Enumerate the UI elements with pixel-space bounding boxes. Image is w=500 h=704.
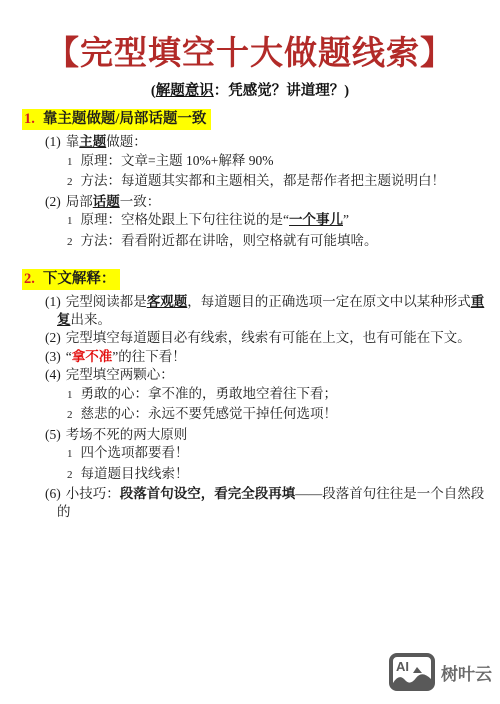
item-text: 完型填空两颗心： bbox=[66, 367, 174, 382]
list-item-1-1: (1)靠主题做题： bbox=[45, 133, 488, 151]
item-text: 小技巧： bbox=[66, 486, 120, 501]
list-item-2-3: (3)“拿不准”的往下看！ bbox=[45, 348, 488, 366]
item-emphasis: 客观题 bbox=[147, 294, 188, 309]
section-2-number: 2. bbox=[24, 271, 35, 287]
section-2-highlight: 2.下文解释： bbox=[22, 269, 120, 290]
section-1-heading: 1.靠主题做题/局部话题一致 bbox=[22, 109, 488, 130]
subitem-text: 慈悲的心：永远不要凭感觉干掉任何选项！ bbox=[81, 406, 338, 421]
item-text: 考场不死的两大原则 bbox=[66, 427, 188, 442]
item-label: (4) bbox=[45, 367, 61, 382]
section-spacer bbox=[22, 252, 488, 269]
item-bold-text: 段落首句设空，看完全段再填 bbox=[120, 486, 296, 501]
subitem-text: 方法：每道题其实都和主题相关，都是帮作者把主题说明白！ bbox=[81, 173, 446, 188]
subitem-number: 2 bbox=[67, 236, 73, 248]
section-1-heading-text: 靠主题做题/局部话题一致 bbox=[43, 111, 207, 127]
item-text: ”的往下看！ bbox=[112, 349, 186, 364]
list-item-2-2: (2)完型填空每道题目必有线索，线索有可能在上文，也有可能在下文。 bbox=[45, 329, 488, 347]
list-subitem-2-4-1: 1勇敢的心：拿不准的，勇敢地空着往下看； bbox=[67, 385, 488, 405]
item-text: 靠 bbox=[66, 134, 80, 149]
list-subitem-1-1-2: 2方法：每道题其实都和主题相关，都是帮作者把主题说明白！ bbox=[67, 172, 488, 192]
section-1: 1.靠主题做题/局部话题一致 (1)靠主题做题： 1原理：文章=主题 10%+解… bbox=[22, 109, 488, 251]
item-label: (2) bbox=[45, 194, 61, 209]
section-2-heading-text: 下文解释： bbox=[43, 271, 116, 287]
section-1-highlight: 1.靠主题做题/局部话题一致 bbox=[22, 109, 211, 130]
list-item-2-6: (6)小技巧：段落首句设空，看完全段再填——段落首句往往是一个自然段的 bbox=[45, 485, 488, 520]
subitem-text: 四个选项都要看！ bbox=[81, 445, 189, 460]
item-text: 做题： bbox=[106, 134, 147, 149]
watermark: AI 树叶云 bbox=[389, 653, 492, 691]
subtitle-underlined-term: 解题意识 bbox=[156, 83, 214, 99]
subitem-text: 方法：看看附近都在讲啥，则空格就有可能填啥。 bbox=[81, 233, 378, 248]
subitem-text: 勇敢的心：拿不准的，勇敢地空着往下看； bbox=[81, 386, 338, 401]
subitem-text: 每道题目找线索！ bbox=[81, 466, 189, 481]
section-1-number: 1. bbox=[24, 111, 35, 127]
list-subitem-1-2-1: 1原理：空格处跟上下句往往说的是“一个事儿” bbox=[67, 211, 488, 231]
item-text: 完型阅读都是 bbox=[66, 294, 147, 309]
subitem-number: 1 bbox=[67, 448, 73, 460]
subtitle: (解题意识：凭感觉？讲道理？) bbox=[0, 79, 500, 100]
list-subitem-1-2-2: 2方法：看看附近都在讲啥，则空格就有可能填啥。 bbox=[67, 232, 488, 252]
subitem-number: 2 bbox=[67, 409, 73, 421]
subitem-text: ” bbox=[343, 212, 349, 227]
item-label: (3) bbox=[45, 349, 61, 364]
item-label: (1) bbox=[45, 294, 61, 309]
subitem-number: 1 bbox=[67, 156, 73, 168]
ai-image-icon: AI bbox=[389, 653, 435, 691]
list-item-1-2: (2)局部话题一致： bbox=[45, 193, 488, 211]
item-text: 一致： bbox=[120, 194, 161, 209]
subitem-number: 1 bbox=[67, 389, 73, 401]
subitem-number: 1 bbox=[67, 215, 73, 227]
item-text: 出来。 bbox=[71, 312, 112, 327]
list-item-2-4: (4)完型填空两颗心： bbox=[45, 366, 488, 384]
list-item-2-1: (1)完型阅读都是客观题，每道题目的正确选项一定在原文中以某种形式重复出来。 bbox=[45, 293, 488, 328]
item-label: (5) bbox=[45, 427, 61, 442]
item-label: (6) bbox=[45, 486, 61, 501]
item-text: 局部 bbox=[66, 194, 93, 209]
subtitle-rest: ：凭感觉？讲道理？) bbox=[214, 83, 349, 99]
subitem-number: 2 bbox=[67, 469, 73, 481]
list-item-2-5: (5)考场不死的两大原则 bbox=[45, 426, 488, 444]
subitem-text: 原理：空格处跟上下句往往说的是“ bbox=[81, 212, 290, 227]
list-subitem-1-1-1: 1原理：文章=主题 10%+解释 90% bbox=[67, 152, 488, 172]
item-emphasis: 主题 bbox=[79, 134, 106, 149]
item-text: 完型填空每道题目必有线索，线索有可能在上文，也有可能在下文。 bbox=[66, 330, 471, 345]
item-text: ，每道题目的正确选项一定在原文中以某种形式 bbox=[187, 294, 471, 309]
item-emphasis: 话题 bbox=[93, 194, 120, 209]
list-subitem-2-5-1: 1四个选项都要看！ bbox=[67, 444, 488, 464]
section-2-heading: 2.下文解释： bbox=[22, 269, 488, 290]
document-body: 1.靠主题做题/局部话题一致 (1)靠主题做题： 1原理：文章=主题 10%+解… bbox=[0, 109, 500, 520]
watermark-text: 树叶云 bbox=[441, 660, 492, 685]
item-label: (1) bbox=[45, 134, 61, 149]
page-title: 【完型填空十大做题线索】 bbox=[0, 34, 500, 75]
section-2: 2.下文解释： (1)完型阅读都是客观题，每道题目的正确选项一定在原文中以某种形… bbox=[22, 269, 488, 520]
list-subitem-2-5-2: 2每道题目找线索！ bbox=[67, 465, 488, 485]
item-label: (2) bbox=[45, 330, 61, 345]
item-alert-text: 拿不准 bbox=[72, 349, 113, 364]
subitem-emphasis: 一个事儿 bbox=[289, 212, 343, 227]
list-subitem-2-4-2: 2慈悲的心：永远不要凭感觉干掉任何选项！ bbox=[67, 405, 488, 425]
document-page: 【完型填空十大做题线索】 (解题意识：凭感觉？讲道理？) 1.靠主题做题/局部话… bbox=[0, 0, 500, 704]
subitem-number: 2 bbox=[67, 176, 73, 188]
ai-icon-label: AI bbox=[396, 659, 409, 674]
subitem-text: 原理：文章=主题 10%+解释 90% bbox=[81, 153, 274, 168]
